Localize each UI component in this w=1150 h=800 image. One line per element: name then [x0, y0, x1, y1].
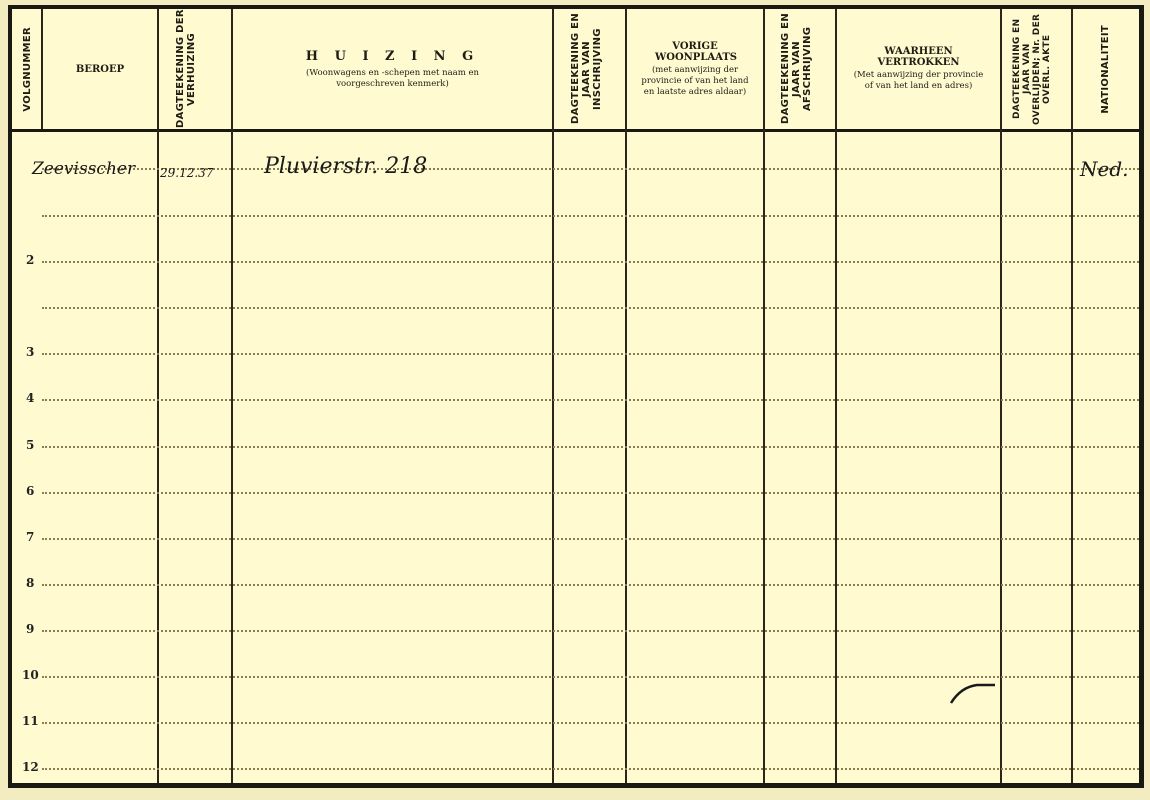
form-header: VOLGNUMMER BEROEP DAGTEEKENING DER VERHU…: [12, 9, 1139, 132]
divider: [1071, 9, 1073, 783]
entry-beroep: Zeevisscher: [32, 159, 135, 179]
registration-card: VOLGNUMMER BEROEP DAGTEEKENING DER VERHU…: [8, 5, 1144, 788]
header-overlijden: DAGTEEKENING EN JAAR VAN OVERLIJDEN; Nr.…: [1001, 9, 1072, 129]
rule-line: [42, 307, 1139, 309]
row-number: 10: [22, 668, 39, 682]
header-nationaliteit: NATIONALITEIT: [1072, 9, 1139, 129]
row-number: 11: [22, 714, 39, 728]
entry-huizing: Pluvierstr. 218: [264, 154, 427, 179]
entry-nationaliteit: Ned.: [1080, 157, 1129, 181]
row-number: 5: [26, 438, 34, 452]
rule-line: [42, 492, 1139, 494]
header-huizing: H U I Z I N G (Woonwagens en -schepen me…: [232, 9, 553, 129]
rule-line: [42, 261, 1139, 263]
rule-line: [42, 630, 1139, 632]
rule-line: [42, 215, 1139, 217]
divider: [231, 9, 233, 783]
row-number: 6: [26, 484, 34, 498]
rule-line: [42, 768, 1139, 770]
rule-line: [42, 446, 1139, 448]
entry-dagtekening: 29.12.37: [160, 166, 213, 180]
row-number: 4: [26, 391, 34, 405]
rule-line: [42, 399, 1139, 401]
header-vorige-woonplaats: VORIGE WOONPLAATS (met aanwijzing der pr…: [626, 9, 764, 129]
header-beroep: BEROEP: [42, 9, 158, 129]
divider: [157, 9, 159, 783]
row-number: 2: [26, 253, 34, 267]
header-volgnummer: VOLGNUMMER: [12, 9, 42, 129]
divider: [835, 9, 837, 783]
row-number: 3: [26, 345, 34, 359]
pen-mark: [947, 677, 1027, 707]
divider: [552, 9, 554, 783]
row-number: 8: [26, 576, 34, 590]
row-number: 9: [26, 622, 34, 636]
divider: [625, 9, 627, 783]
row-number: 7: [26, 530, 34, 544]
rule-line: [42, 538, 1139, 540]
header-afschrijving: DAGTEEKENING EN JAAR VAN AFSCHRIJVING: [764, 9, 836, 129]
divider: [41, 9, 43, 129]
rule-line: [42, 353, 1139, 355]
header-waarheen-vertrokken: WAARHEEN VERTROKKEN (Met aanwijzing der …: [836, 9, 1001, 129]
row-number: 12: [22, 760, 39, 774]
header-inschrijving: DAGTEEKENING EN JAAR VAN INSCHRIJVING: [553, 9, 626, 129]
rule-line: [42, 584, 1139, 586]
header-dagtekening-verhuizing: DAGTEEKENING DER VERHUIZING: [158, 9, 232, 129]
divider: [1000, 9, 1002, 783]
rule-line: [42, 722, 1139, 724]
divider: [763, 9, 765, 783]
